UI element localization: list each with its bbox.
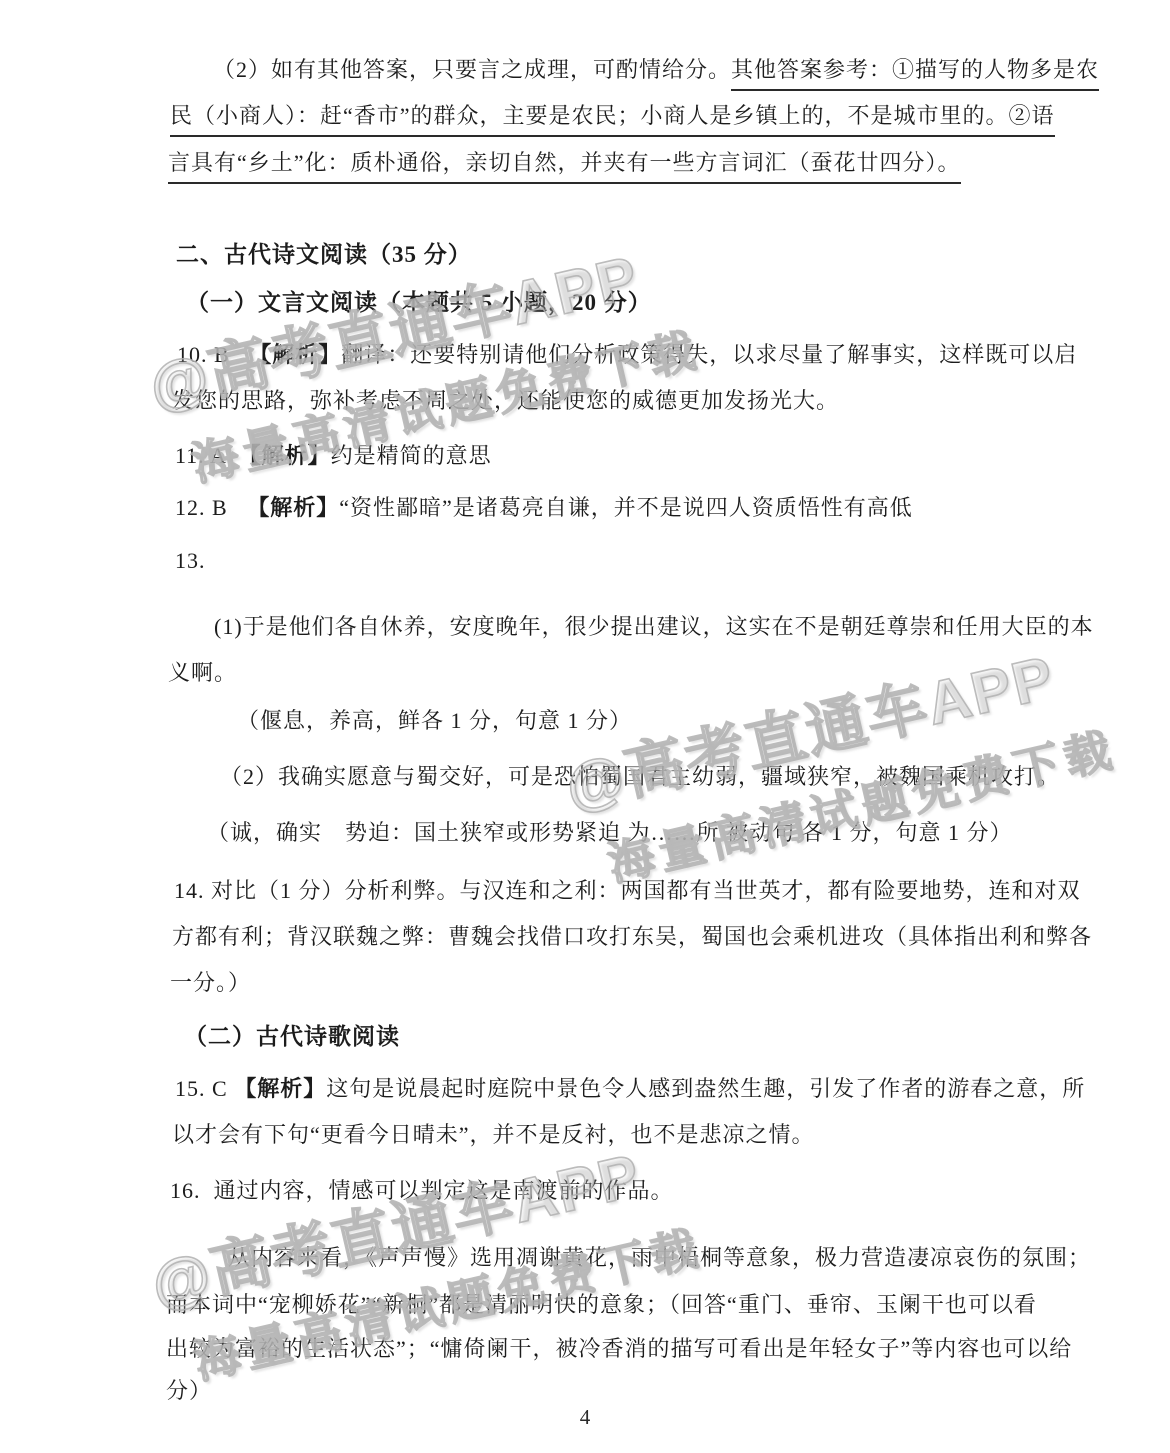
answer-13-1-line-2-seg-0: 义啊。 [168, 658, 237, 688]
answer-11-seg-2: 约是精简的意思 [331, 441, 492, 471]
answer-13-2-score-note: （诚，确实 势迫：国土狭窄或形势紧迫 为……所 被动句 各 1 分，句意 1 分… [207, 818, 1013, 848]
answer-13-2-line-1: （2）我确实愿意与蜀交好，可是恐怕蜀国君主幼弱，疆域狭窄，被魏国乘机攻打。 [220, 762, 1060, 792]
answer-10-line-2: 发您的思路，弥补考虑不周之处，还能使您的威德更加发扬光大。 [172, 386, 839, 416]
answer-14-line-1: 14. 对比（1 分）分析利弊。与汉连和之利：两国都有当世英才，都有险要地势，连… [174, 876, 1081, 906]
heading-part-1-classical-prose: （一）文言文阅读（本题共 5 小题，20 分） [186, 288, 652, 318]
answer-12-seg-0: 12. B [175, 493, 247, 523]
answer-13-1-score-note: （偃息，养高，鲜各 1 分，句意 1 分） [237, 706, 632, 736]
heading-part-2-ancient-poetry: （二）古代诗歌阅读 [184, 1022, 400, 1052]
answer-16-line-2: 从内容来看，《声声慢》选用凋谢黄花，雨中梧桐等意象，极力营造凄凉哀伤的氛围； [228, 1243, 1091, 1273]
answer-10-line-1-seg-1: 【解析】 [249, 340, 341, 370]
answer-10-line-1-seg-0: 10. B [177, 340, 249, 370]
answer-16-line-1: 16. 通过内容，情感可以判定这是南渡前的作品。 [170, 1176, 674, 1206]
heading-part-1-classical-prose-seg-0: （一）文言文阅读（本题共 5 小题，20 分） [186, 288, 652, 318]
answer-2-line-1: （2）如有其他答案，只要言之成理，可酌情给分。其他答案参考：①描写的人物多是农 [213, 55, 1099, 91]
answer-14-line-1-seg-0: 14. 对比（1 分）分析利弊。与汉连和之利：两国都有当世英才，都有险要地势，连… [174, 876, 1081, 906]
answer-11-seg-0: 11. A [175, 441, 239, 471]
answer-15-line-1-seg-1: 【解析】 [234, 1074, 326, 1104]
answer-2-line-2-seg-0: 民（小商人）：赶“香市”的群众，主要是农民；小商人是乡镇上的，不是城市里的。②语 [170, 101, 1055, 137]
answer-16-line-4: 出较为富裕的生活状态”；“慵倚阑干，被冷香消的描写可看出是年轻女子”等内容也可以… [166, 1334, 1072, 1364]
answer-16-line-3: 而本词中“宠柳娇花”“新桐”都是清丽明快的意象；（回答“重门、垂帘、玉阑干也可以… [166, 1290, 1037, 1320]
answer-13-label-seg-0: 13. [175, 546, 206, 576]
answer-12-seg-1: 【解析】 [247, 493, 339, 523]
heading-section-2-seg-0: 二、古代诗文阅读（35 分） [176, 240, 472, 270]
answer-2-line-1-seg-0: （2）如有其他答案，只要言之成理，可酌情给分。 [213, 55, 731, 85]
heading-part-2-ancient-poetry-seg-0: （二）古代诗歌阅读 [184, 1022, 400, 1052]
answer-12-seg-2: “资性鄙暗”是诸葛亮自谦，并不是说四人资质悟性有高低 [339, 493, 913, 523]
answer-16-line-5: 分） [166, 1376, 212, 1406]
answer-16-line-2-seg-0: 从内容来看，《声声慢》选用凋谢黄花，雨中梧桐等意象，极力营造凄凉哀伤的氛围； [228, 1243, 1091, 1273]
answer-2-line-2: 民（小商人）：赶“香市”的群众，主要是农民；小商人是乡镇上的，不是城市里的。②语 [170, 101, 1055, 137]
answer-2-line-3: 言具有“乡土”化：质朴通俗，亲切自然，并夹有一些方言词汇（蚕花廿四分）。 [168, 148, 961, 184]
answer-13-1-line-1-seg-0: (1)于是他们各自休养，安度晚年，很少提出建议，这实在不是朝廷尊崇和任用大臣的本 [214, 612, 1094, 642]
answer-14-line-3: 一分。） [170, 968, 251, 998]
answer-14-line-2-seg-0: 方都有利；背汉联魏之弊：曹魏会找借口攻打东吴，蜀国也会乘机进攻（具体指出利和弊各 [172, 922, 1092, 952]
answer-13-2-score-note-seg-0: （诚，确实 势迫：国土狭窄或形势紧迫 为……所 被动句 各 1 分，句意 1 分… [207, 818, 1013, 848]
answer-11-seg-1: 【解析】 [239, 441, 331, 471]
watermark-1-line2: 海量高清试题免费下载 [601, 713, 1123, 894]
answer-15-line-1-seg-2: 这句是说晨起时庭院中景色令人感到盎然生趣，引发了作者的游春之意，所 [326, 1074, 1085, 1104]
answer-16-line-1-seg-0: 16. 通过内容，情感可以判定这是南渡前的作品。 [170, 1176, 674, 1206]
answer-10-line-1-seg-2: 翻译：还要特别请他们分析政策得失，以求尽量了解事实，这样既可以启 [341, 340, 1077, 370]
answer-13-1-score-note-seg-0: （偃息，养高，鲜各 1 分，句意 1 分） [237, 706, 632, 736]
watermark-1: @高考直通车APP海量高清试题免费下载 [556, 620, 1122, 900]
answer-13-label: 13. [175, 546, 206, 576]
answer-15-line-1: 15. C 【解析】这句是说晨起时庭院中景色令人感到盎然生趣，引发了作者的游春之… [175, 1074, 1085, 1104]
answer-15-line-2: 以才会有下句“更看今日晴未”，并不是反衬，也不是悲凉之情。 [172, 1120, 815, 1150]
answer-14-line-2: 方都有利；背汉联魏之弊：曹魏会找借口攻打东吴，蜀国也会乘机进攻（具体指出利和弊各 [172, 922, 1092, 952]
answer-10-line-2-seg-0: 发您的思路，弥补考虑不周之处，还能使您的威德更加发扬光大。 [172, 386, 839, 416]
answer-sheet-page: （2）如有其他答案，只要言之成理，可酌情给分。其他答案参考：①描写的人物多是农民… [0, 0, 1170, 1453]
watermark-1-line1: @高考直通车APP [556, 620, 1105, 826]
answer-2-line-1-seg-1: 其他答案参考：①描写的人物多是农 [731, 55, 1099, 91]
answer-10-line-1: 10. B 【解析】翻译：还要特别请他们分析政策得失，以求尽量了解事实，这样既可… [177, 340, 1077, 370]
answer-11: 11. A 【解析】约是精简的意思 [175, 441, 492, 471]
answer-13-2-line-1-seg-0: （2）我确实愿意与蜀交好，可是恐怕蜀国君主幼弱，疆域狭窄，被魏国乘机攻打。 [220, 762, 1060, 792]
answer-13-1-line-2: 义啊。 [168, 658, 237, 688]
answer-2-line-3-seg-0: 言具有“乡土”化：质朴通俗，亲切自然，并夹有一些方言词汇（蚕花廿四分）。 [168, 148, 961, 184]
heading-section-2: 二、古代诗文阅读（35 分） [176, 240, 472, 270]
answer-16-line-5-seg-0: 分） [166, 1376, 212, 1406]
answer-15-line-1-seg-0: 15. C [175, 1074, 234, 1104]
answer-14-line-3-seg-0: 一分。） [170, 968, 251, 998]
answer-15-line-2-seg-0: 以才会有下句“更看今日晴未”，并不是反衬，也不是悲凉之情。 [172, 1120, 815, 1150]
answer-13-1-line-1: (1)于是他们各自休养，安度晚年，很少提出建议，这实在不是朝廷尊崇和任用大臣的本 [214, 612, 1094, 642]
page-number: 4 [0, 1405, 1170, 1430]
answer-16-line-4-seg-0: 出较为富裕的生活状态”；“慵倚阑干，被冷香消的描写可看出是年轻女子”等内容也可以… [166, 1334, 1072, 1364]
answer-12: 12. B 【解析】“资性鄙暗”是诸葛亮自谦，并不是说四人资质悟性有高低 [175, 493, 913, 523]
answer-16-line-3-seg-0: 而本词中“宠柳娇花”“新桐”都是清丽明快的意象；（回答“重门、垂帘、玉阑干也可以… [166, 1290, 1037, 1320]
